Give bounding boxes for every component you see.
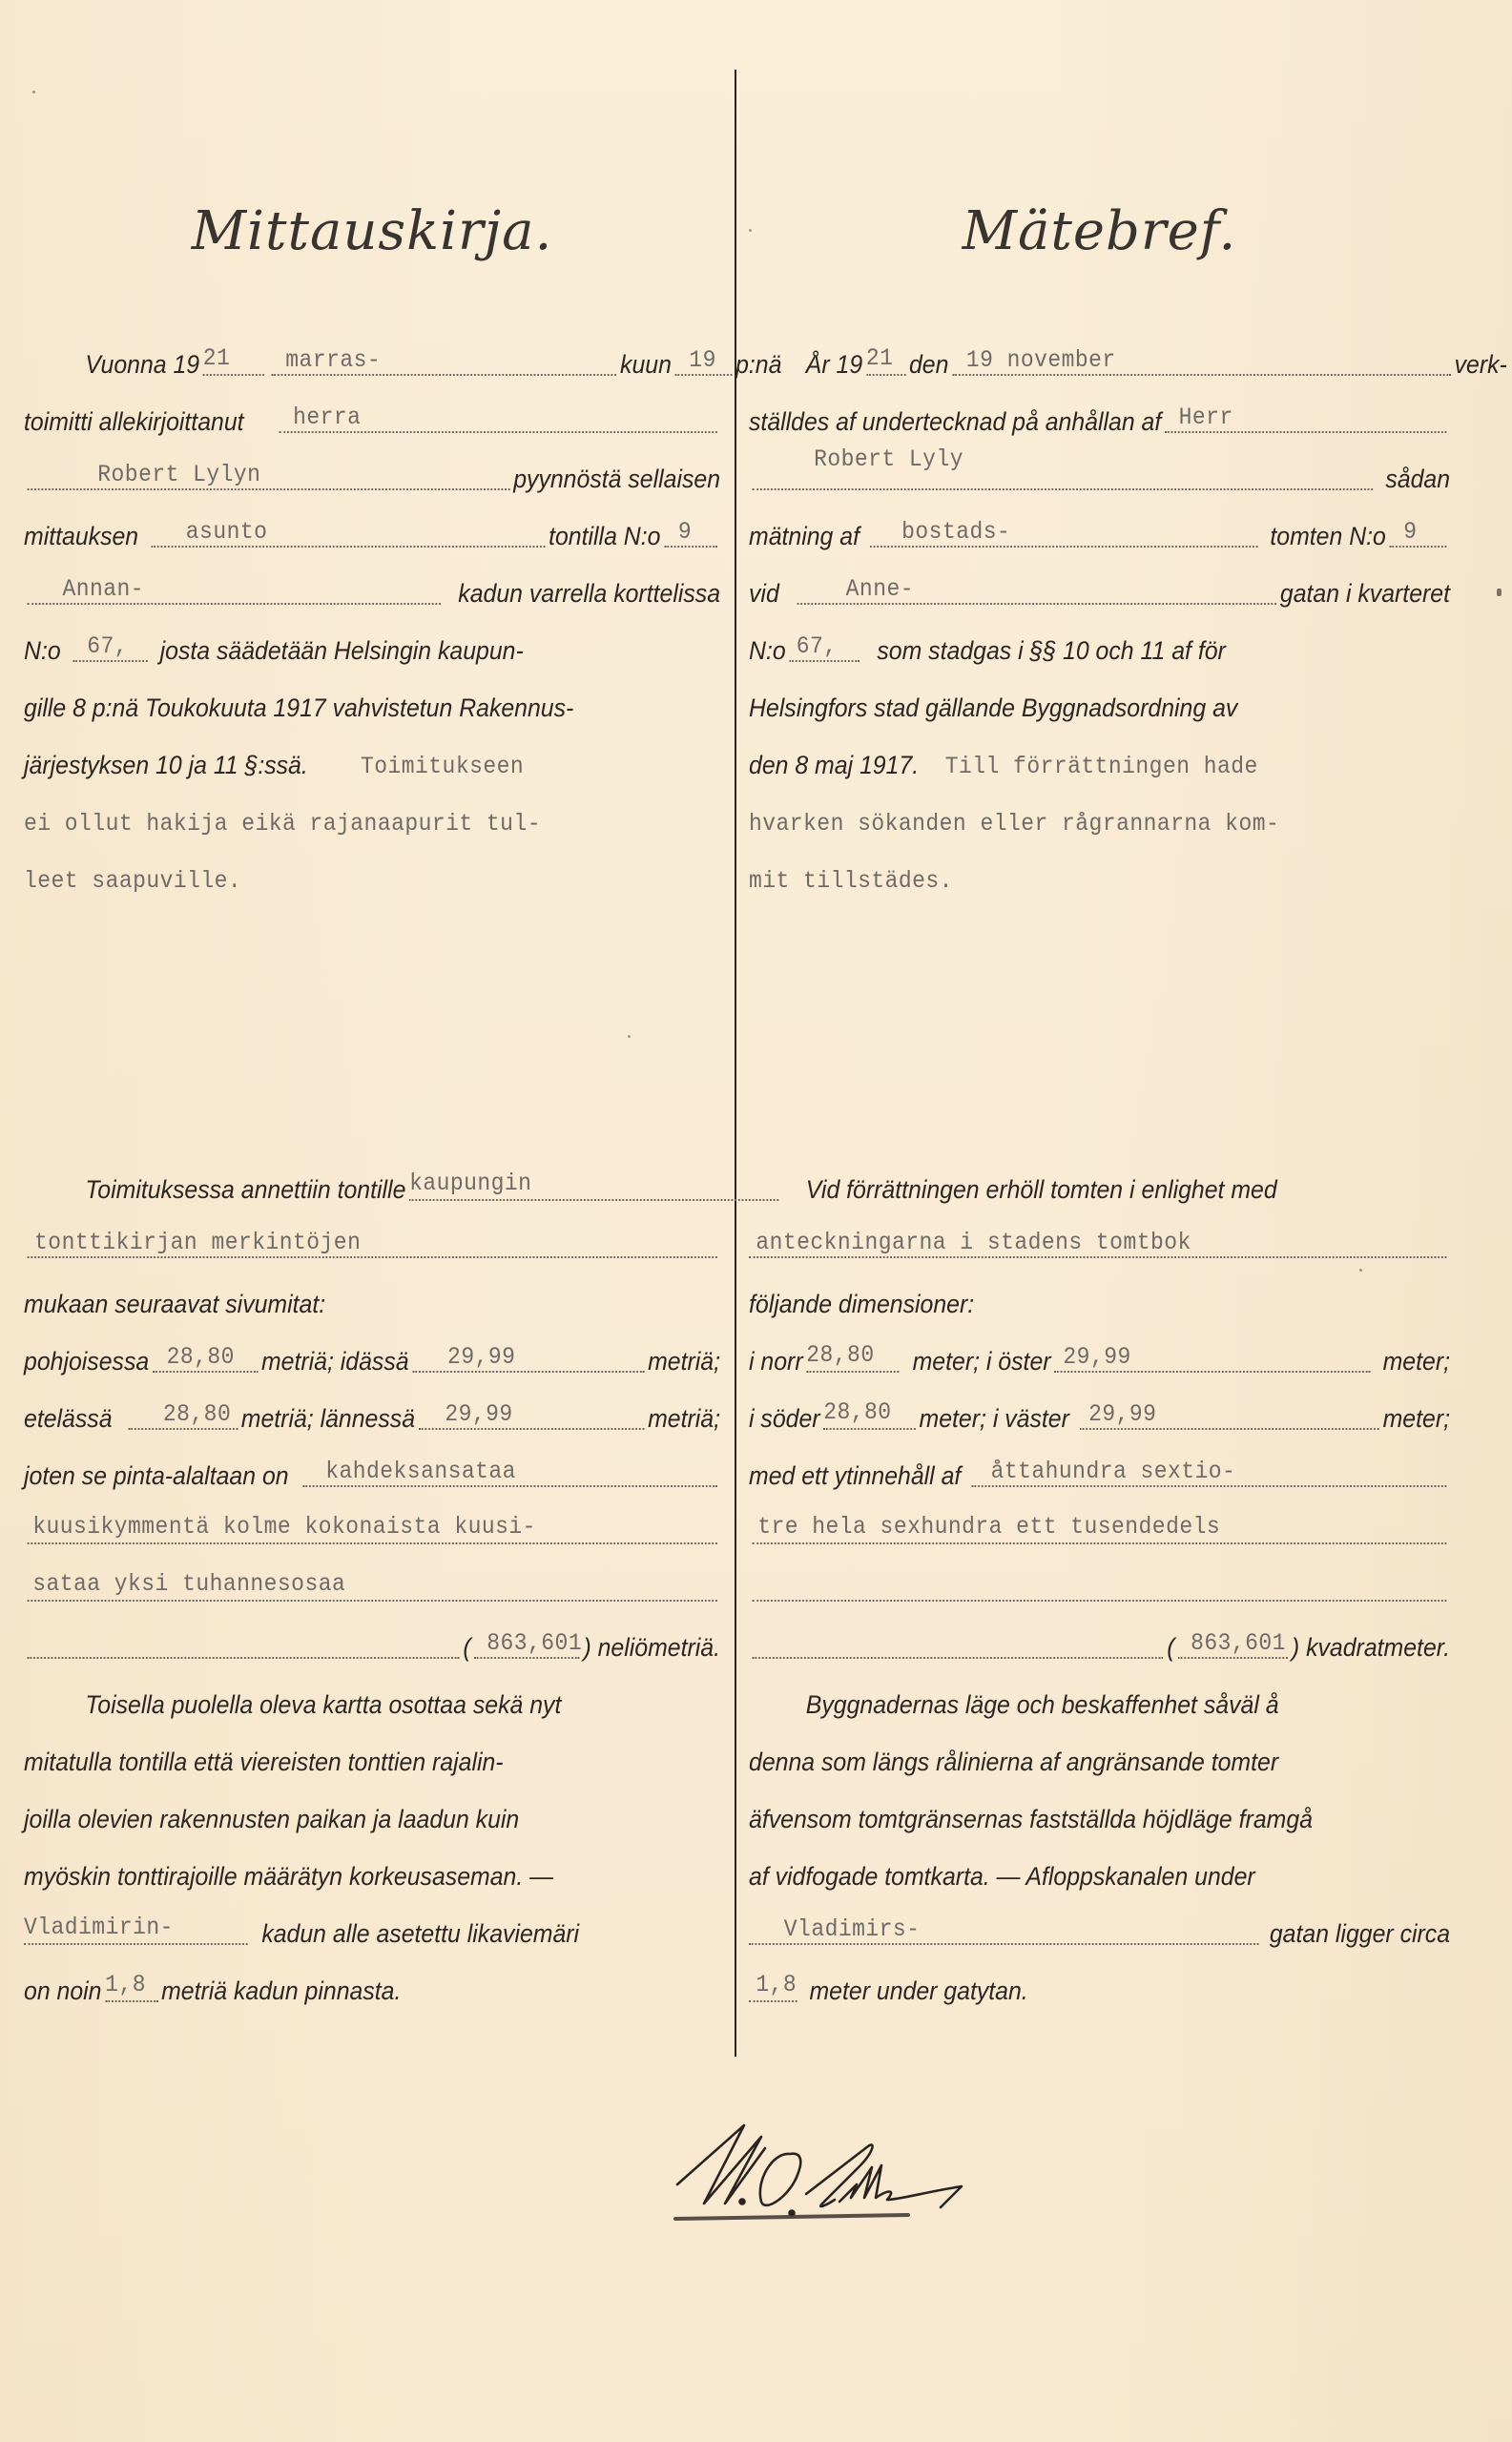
fi-street-field: Annan-: [28, 577, 441, 605]
sv-area-number-line: ( 863,601 ) kvadratmeter.: [749, 1607, 1450, 1665]
signature: [649, 2108, 992, 2223]
sv-plot-line: mätning af bostads- tomten N:o 9: [749, 496, 1450, 553]
sv-map-note-line-2: denna som längs rålinierna af angränsand…: [749, 1722, 1450, 1779]
fi-map-note-line-1: Toisella puolella oleva kartta osottaa s…: [24, 1665, 781, 1722]
fi-block-line: N:o 67, josta säädetään Helsingin kaupun…: [24, 610, 720, 668]
swedish-title: Mätebref.: [749, 200, 1450, 262]
sv-area-words-field: åttahundra sextio-: [971, 1459, 1446, 1487]
fi-area-words-line-3: sataa yksi tuhannesosaa: [24, 1550, 720, 1607]
fi-area-words-field-3: sataa yksi tuhannesosaa: [28, 1572, 717, 1602]
fi-regulation-line: gille 8 p:nä Toukokuuta 1917 vahvistetun…: [24, 668, 720, 725]
fi-source-field-2: tonttikirjan merkintöjen: [28, 1231, 717, 1258]
paper-speck: [1359, 1269, 1362, 1272]
sv-area-words-line-2: tre hela sexhundra ett tusendedels: [749, 1493, 1450, 1550]
sv-map-note-line-1: Byggnadernas läge och beskaffenhet såväl…: [749, 1665, 1507, 1722]
paper-speck: [749, 229, 752, 232]
sv-plot-number-field: 9: [1390, 520, 1447, 548]
fi-west-field: 29,99: [419, 1402, 645, 1430]
fi-area-words-line: joten se pinta-alaltaan on kahdeksansata…: [24, 1436, 720, 1493]
sv-year-field: 21: [866, 346, 905, 376]
sv-area-words-field-3: [753, 1600, 1447, 1602]
fi-south-field: 28,80: [128, 1402, 238, 1430]
paper-mark: [1497, 589, 1502, 596]
fi-depth-field: 1,8: [105, 1973, 157, 2002]
fi-applicant-line: Robert Lylyn pyynnöstä sellaisen: [24, 439, 720, 496]
fi-surveyor-line: toimitti allekirjoittanut herra: [24, 382, 720, 439]
fi-attendance-line: ei ollut hakija eikä rajanaapurit tul-: [24, 782, 720, 839]
fi-north-field: 28,80: [153, 1345, 258, 1373]
fi-block-field: 67,: [73, 634, 148, 662]
sv-attendance-line-2: mit tillstädes.: [749, 839, 1450, 897]
sv-area-words-line-3: [749, 1550, 1450, 1607]
sv-source-line: anteckningarna i stadens tomtbok: [749, 1207, 1450, 1264]
finnish-title: Mittauskirja.: [24, 200, 720, 262]
sv-area-words-field-2: tre hela sexhundra ett tusendedels: [753, 1515, 1447, 1544]
fi-area-number-field: 863,601: [474, 1631, 579, 1659]
sv-block-field: 67,: [789, 634, 860, 662]
fi-area-words-line-2: kuusikymmentä kolme kokonaista kuusi-: [24, 1493, 720, 1550]
sv-surveyor-line: ställdes af undertecknad på anhållan af …: [749, 382, 1450, 439]
sv-south-field: 28,80: [823, 1400, 916, 1430]
sv-north-field: 28,80: [806, 1343, 899, 1373]
fi-date-line: Vuonna 19 21 marras- kuun 19 p:nä: [24, 324, 781, 382]
sv-west-field: 29,99: [1080, 1402, 1379, 1430]
sv-plot-type-field: bostads-: [870, 520, 1257, 548]
fi-day-field: 19: [675, 348, 733, 376]
sv-street-field: Anne-: [797, 577, 1276, 605]
fi-area-number-line: ( 863,601 ) neliömetriä.: [24, 1607, 720, 1665]
fi-plot-type-field: asunto: [151, 520, 545, 548]
fi-east-field: 29,99: [412, 1345, 644, 1373]
fi-depth-line: on noin 1,8 metriä kadun pinnasta.: [24, 1951, 720, 2008]
sv-south-west-line: i söder 28,80 meter; i väster 29,99 mete…: [749, 1378, 1450, 1436]
fi-map-note-line-4: myöskin tonttirajoille määrätyn korkeusa…: [24, 1836, 720, 1894]
fi-attendance-line-2: leet saapuville.: [24, 839, 720, 897]
sv-area-number-field: 863,601: [1178, 1631, 1288, 1659]
fi-north-east-line: pohjoisessa 28,80 metriä; idässä 29,99 m…: [24, 1321, 720, 1378]
sv-depth-field: 1,8: [749, 1973, 797, 2002]
signature-icon: [649, 2108, 992, 2223]
fi-sides-heading: mukaan seuraavat sivumitat:: [24, 1264, 720, 1321]
sv-date-line: År 19 21 den 19 november verk-: [749, 324, 1507, 382]
sv-depth-line: 1,8 meter under gatytan.: [749, 1951, 1450, 2008]
sv-block-line: N:o 67, som stadgas i §§ 10 och 11 af fö…: [749, 610, 1450, 668]
sv-street-line: vid Anne- gatan i kvarteret: [749, 553, 1450, 610]
sv-regulation-line: Helsingfors stad gällande Byggnadsordnin…: [749, 668, 1450, 725]
fi-year-field: 21: [203, 346, 264, 376]
fi-section-line: järjestyksen 10 ja 11 §:ssä. Toimituksee…: [24, 725, 720, 782]
sv-applicant-line: Robert Lyly sådan: [749, 439, 1450, 496]
sv-attendance-line: hvarken sökanden eller rågrannarna kom-: [749, 782, 1450, 839]
fi-plot-line: mittauksen asunto tontilla N:o 9: [24, 496, 720, 553]
paper-speck: [32, 91, 35, 93]
sv-east-field: 29,99: [1054, 1345, 1371, 1373]
fi-area-words-field: kahdeksansataa: [302, 1459, 716, 1487]
fi-south-west-line: etelässä 28,80 metriä; lännessä 29,99 me…: [24, 1378, 720, 1436]
fi-sewer-street-field: Vladimirin-: [24, 1915, 248, 1945]
sv-sewer-line: Vladimirs- gatan ligger circa: [749, 1894, 1450, 1951]
paper-speck: [628, 1035, 631, 1038]
fi-source-field: kaupungin: [409, 1171, 778, 1201]
sv-section-line: den 8 maj 1917. Till förrättningen hade: [749, 725, 1450, 782]
sv-map-note-line-4: af vidfogade tomtkarta. — Afloppskanalen…: [749, 1836, 1450, 1894]
sv-north-east-line: i norr 28,80 meter; i öster 29,99 meter;: [749, 1321, 1450, 1378]
fi-title-field: herra: [279, 405, 716, 433]
fi-dimensions-intro-line: Toimituksessa annettiin tontille kaupung…: [24, 1149, 781, 1207]
fi-source-line: tonttikirjan merkintöjen: [24, 1207, 720, 1264]
sv-title-field: Herr: [1165, 405, 1446, 433]
fi-month-field: marras-: [272, 348, 617, 376]
sv-sides-heading: följande dimensioner:: [749, 1264, 1450, 1321]
sv-source-field: anteckningarna i stadens tomtbok: [749, 1231, 1446, 1258]
fi-sewer-line: Vladimirin- kadun alle asetettu likaviem…: [24, 1894, 720, 1951]
sv-dimensions-intro-line: Vid förrättningen erhöll tomten i enligh…: [749, 1149, 1507, 1207]
sv-applicant-field: Robert Lyly: [753, 447, 1374, 490]
fi-street-line: Annan- kadun varrella korttelissa: [24, 553, 720, 610]
fi-map-note-line-2: mitatulla tontilla että viereisten tontt…: [24, 1722, 720, 1779]
fi-area-words-field-2: kuusikymmentä kolme kokonaista kuusi-: [28, 1515, 717, 1544]
fi-applicant-field: Robert Lylyn: [28, 463, 510, 490]
fi-map-note-line-3: joilla olevien rakennusten paikan ja laa…: [24, 1779, 720, 1836]
sv-map-note-line-3: äfvensom tomtgränsernas fastställda höjd…: [749, 1779, 1450, 1836]
sv-sewer-street-field: Vladimirs-: [749, 1917, 1259, 1945]
fi-plot-number-field: 9: [664, 520, 716, 548]
sv-date-field: 19 november: [952, 348, 1451, 376]
sv-area-words-line: med ett ytinnehåll af åttahundra sextio-: [749, 1436, 1450, 1493]
